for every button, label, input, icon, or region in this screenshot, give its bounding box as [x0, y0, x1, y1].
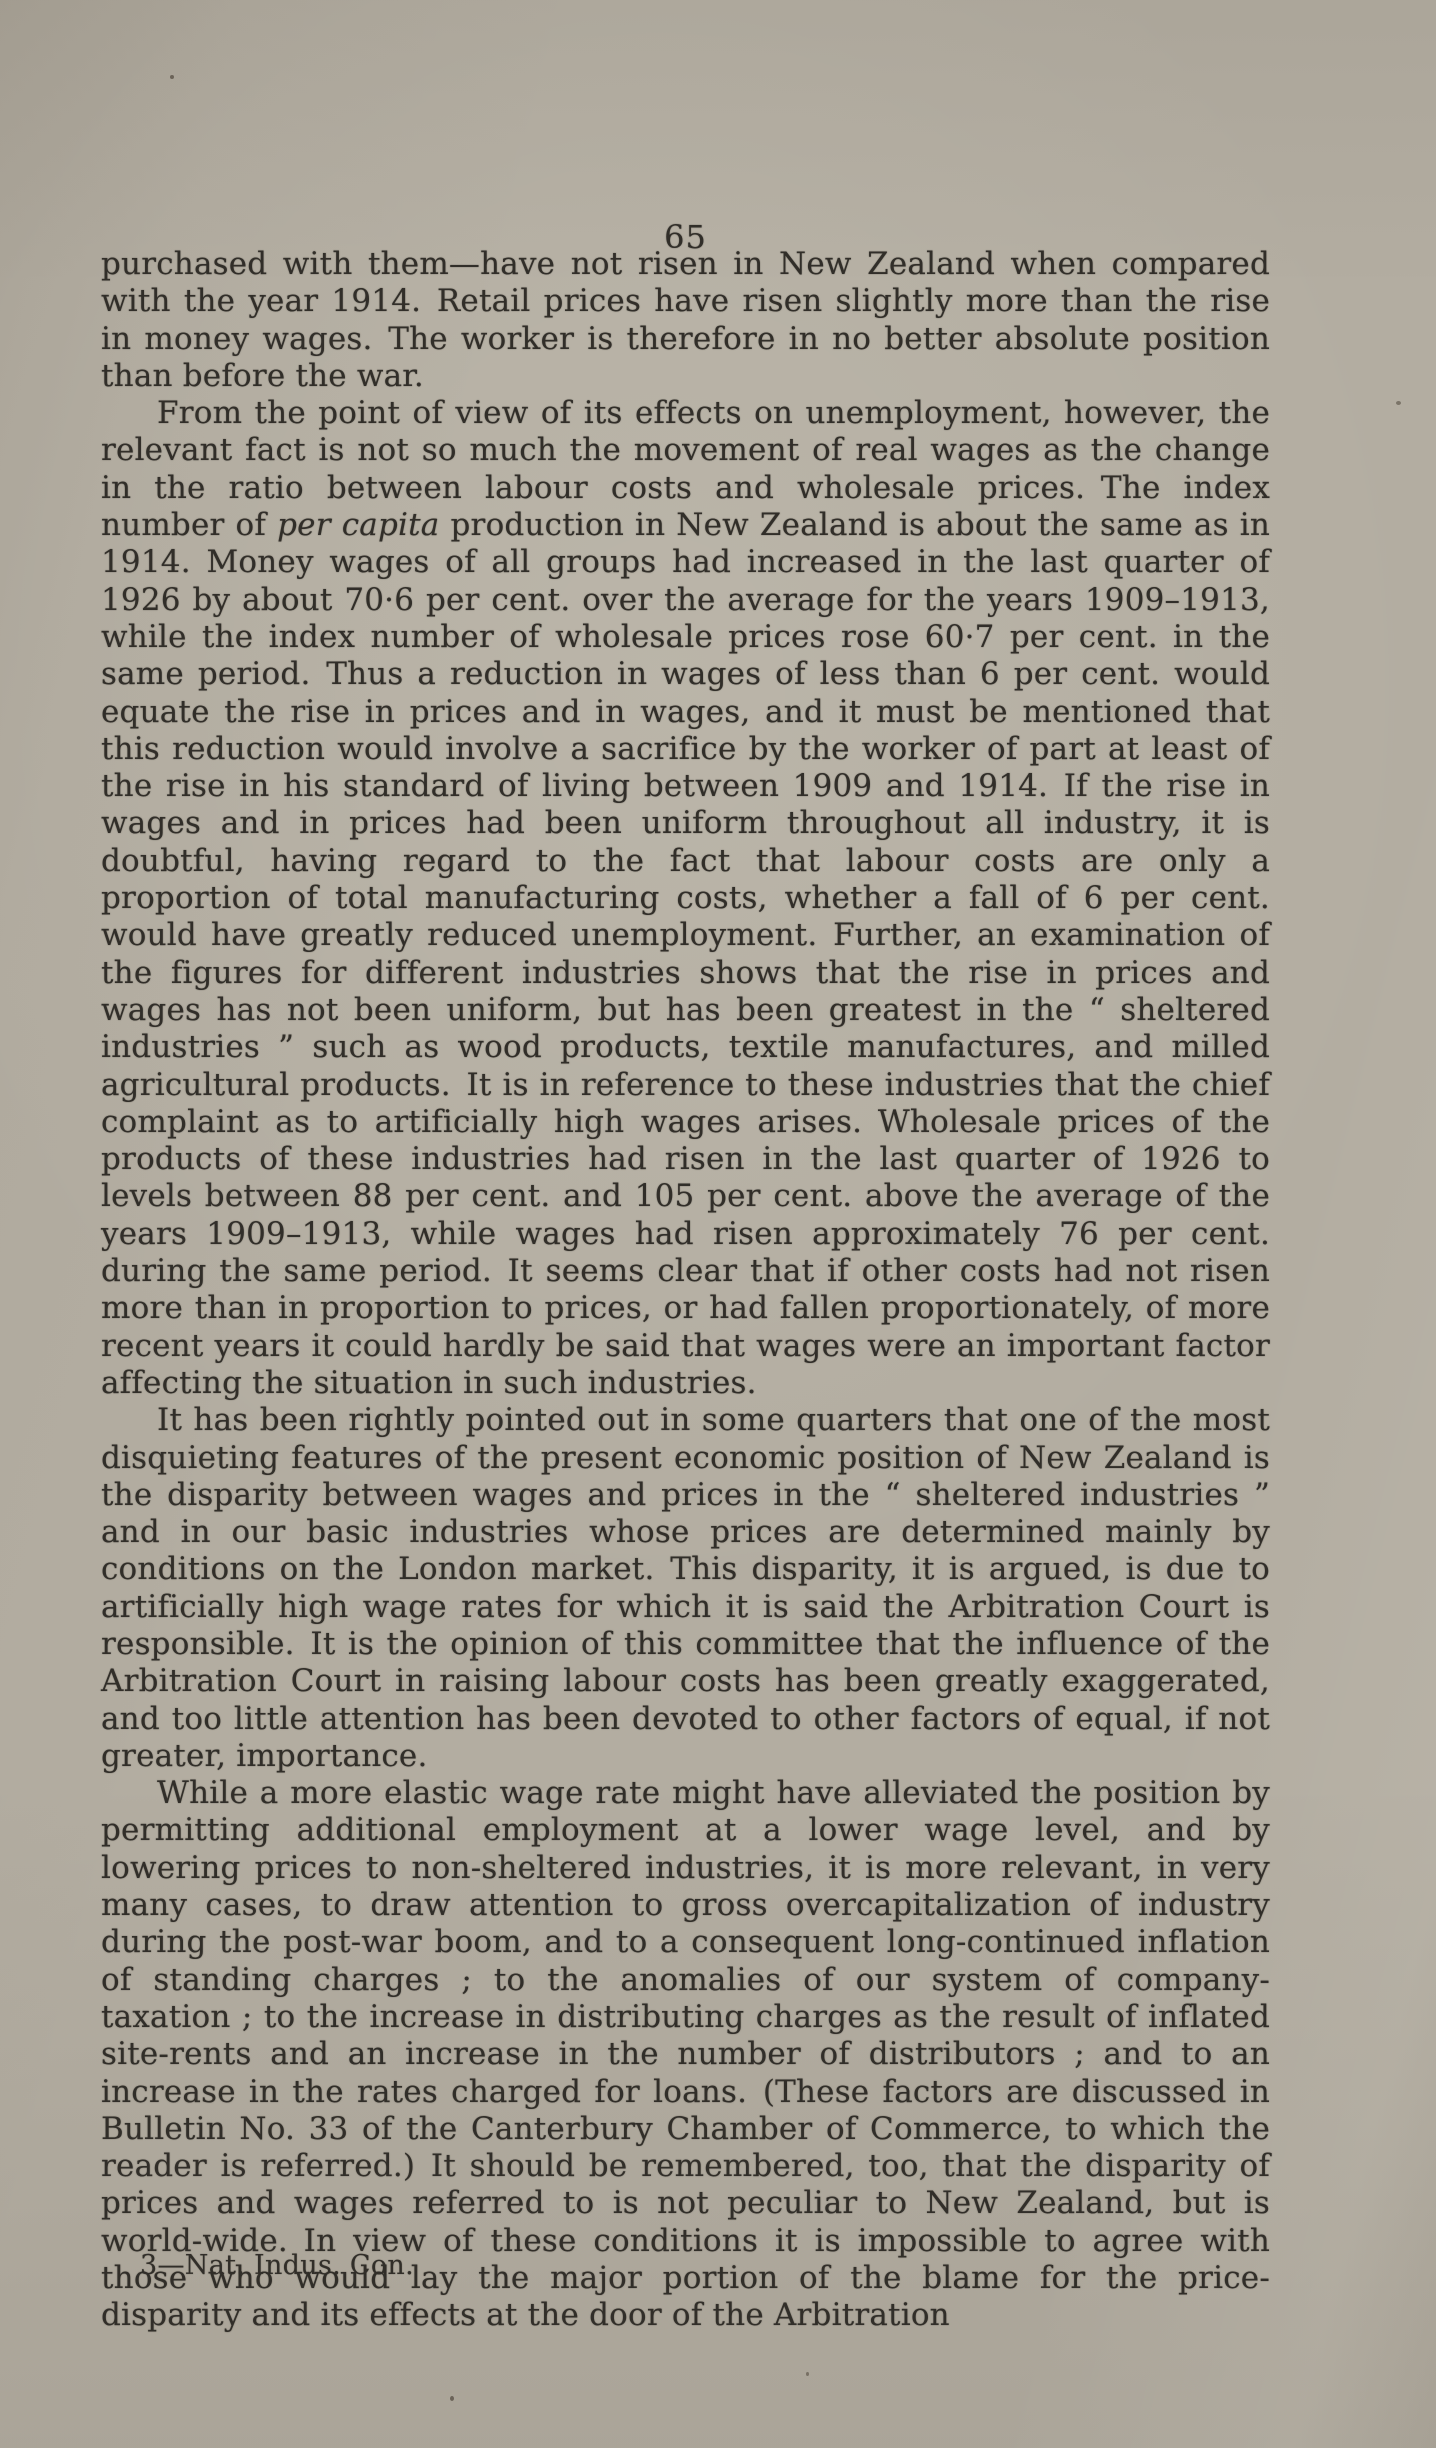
- paper-speck: [450, 2396, 454, 2401]
- footer-note: 3—Nat. Indus. Con.: [140, 2250, 414, 2281]
- paragraph: purchased with them—have not risen in Ne…: [101, 246, 1270, 395]
- paragraph: It has been rightly pointed out in some …: [101, 1402, 1270, 1775]
- paragraph: From the point of view of its effects on…: [101, 395, 1270, 1402]
- paper-speck: [806, 2372, 809, 2376]
- paper-speck: [170, 75, 174, 79]
- text-block: purchased with them—have not risen in Ne…: [101, 246, 1270, 2335]
- document-page: 65 purchased with them—have not risen in…: [0, 0, 1436, 2448]
- paper-speck: [1396, 401, 1401, 405]
